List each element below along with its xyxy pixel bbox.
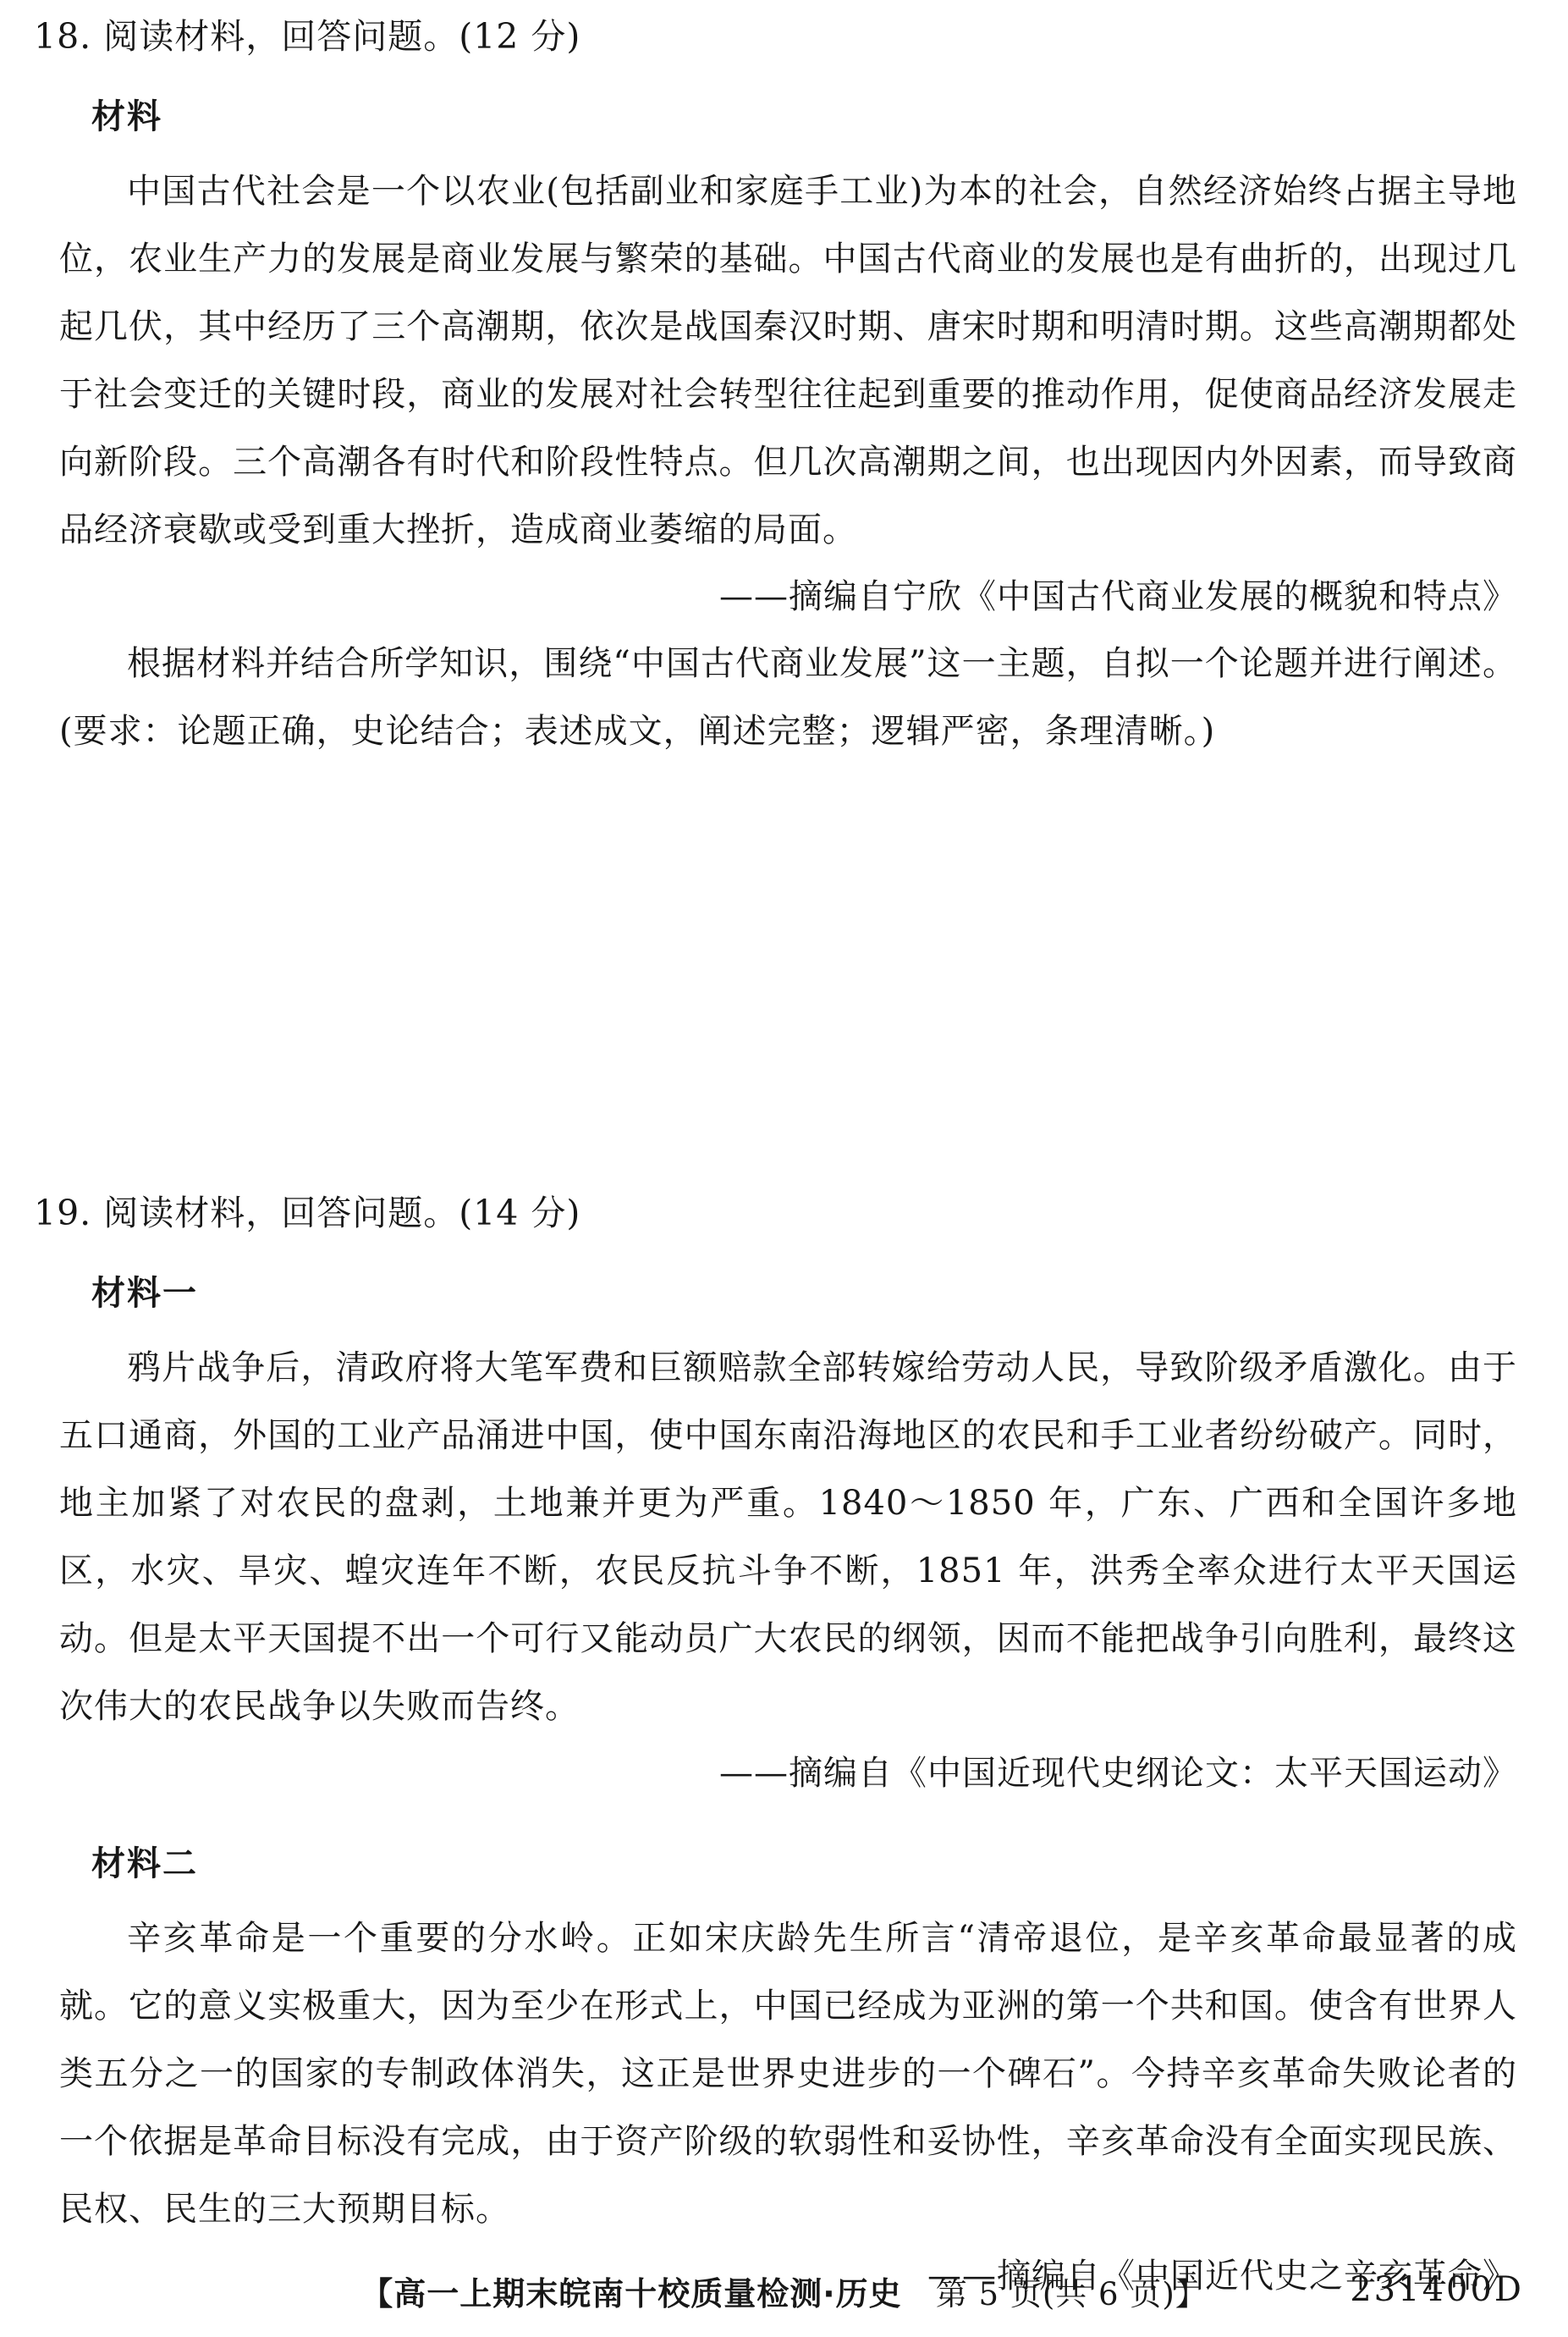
question-19-material-2-text: 辛亥革命是一个重要的分水岭。正如宋庆龄先生所言“清帝退位，是辛亥革命最显著的成就… — [59, 1904, 1517, 2243]
question-19-material-1-source: ——摘编自《中国近现代史纲论文：太平天国运动》 — [59, 1740, 1517, 1806]
question-18: 18. 阅读材料，回答问题。(12 分) 材料 中国古代社会是一个以农业(包括副… — [0, 14, 1568, 765]
question-18-header: 18. 阅读材料，回答问题。(12 分) — [0, 14, 1568, 59]
question-18-material-source: ——摘编自宁欣《中国古代商业发展的概貌和特点》 — [59, 564, 1517, 630]
footer-exam-banner: 【高一上期末皖南十校质量检测·历史 第 5 页(共 6 页)】 — [0, 2267, 1568, 2322]
question-19: 19. 阅读材料，回答问题。(14 分) 材料一 鸦片战争后，清政府将大笔军费和… — [0, 1190, 1568, 2309]
footer-page-number: 第 5 页(共 6 页)】 — [936, 2276, 1208, 2312]
question-18-material-label: 材料 — [91, 95, 1568, 139]
question-19-material-1-label: 材料一 — [91, 1271, 1568, 1315]
question-19-number: 19. — [34, 1190, 91, 1236]
question-18-material-text: 中国古代社会是一个以农业(包括副业和家庭手工业)为本的社会，自然经济始终占据主导… — [59, 157, 1517, 564]
question-19-material-2-label: 材料二 — [91, 1842, 1568, 1886]
footer-exam-title: 【高一上期末皖南十校质量检测·历史 — [360, 2275, 901, 2312]
question-18-number: 18. — [34, 14, 91, 59]
question-19-prompt: 阅读材料，回答问题。(14 分) — [103, 1190, 580, 1236]
footer-paper-code: 231400D — [1350, 2270, 1524, 2309]
question-19-material-1-text: 鸦片战争后，清政府将大笔军费和巨额赔款全部转嫁给劳动人民，导致阶级矛盾激化。由于… — [59, 1334, 1517, 1740]
question-18-task: 根据材料并结合所学知识，围绕“中国古代商业发展”这一主题，自拟一个论题并进行阐述… — [59, 630, 1517, 765]
question-19-header: 19. 阅读材料，回答问题。(14 分) — [0, 1190, 1568, 1236]
question-18-prompt: 阅读材料，回答问题。(12 分) — [103, 14, 580, 59]
page-footer: 【高一上期末皖南十校质量检测·历史 第 5 页(共 6 页)】 231400D — [0, 2267, 1568, 2326]
